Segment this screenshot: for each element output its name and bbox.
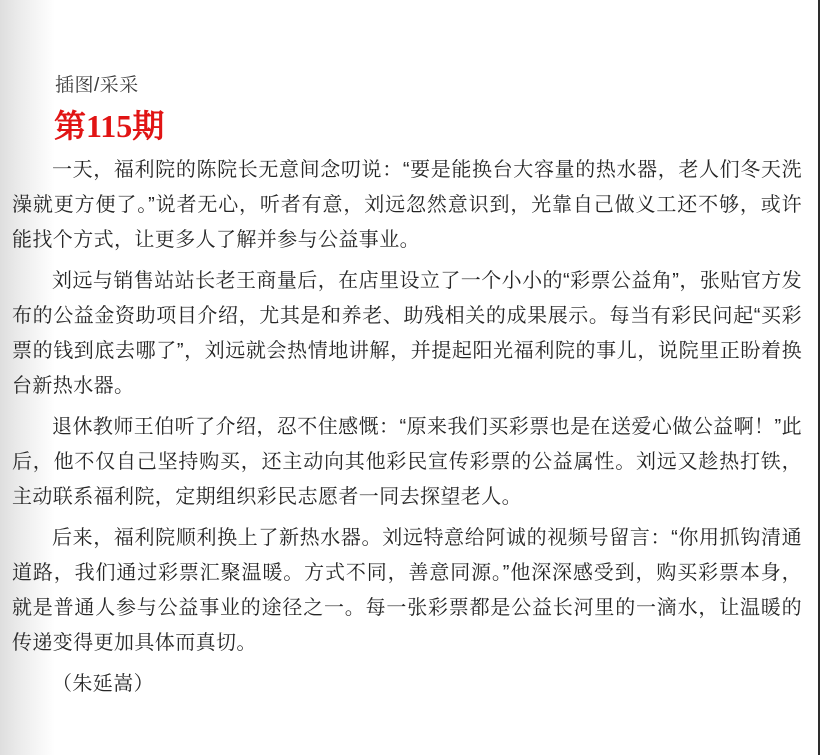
paragraph: 后来，福利院顺利换上了新热水器。刘远特意给阿诚的视频号留言：“你用抓钩清通道路，… [12,521,802,661]
paragraph: 一天，福利院的陈院长无意间念叨说：“要是能换台大容量的热水器，老人们冬天洗澡就更… [12,153,802,258]
paragraph: 退休教师王伯听了介绍，忍不住感慨：“原来我们买彩票也是在送爱心做公益啊！”此后，… [12,410,802,515]
paragraph: 刘远与销售站站长老王商量后，在店里设立了一个小小的“彩票公益角”，张贴官方发布的… [12,264,802,404]
article-content: 插图/采采 第115期 一天，福利院的陈院长无意间念叨说：“要是能换台大容量的热… [12,0,802,708]
article-body: 一天，福利院的陈院长无意间念叨说：“要是能换台大容量的热水器，老人们冬天洗澡就更… [12,153,802,702]
issue-heading: 第115期 [54,109,802,143]
right-edge-rule [818,0,820,755]
illustration-credit: 插图/采采 [55,75,802,96]
author-byline: （朱延嵩） [12,667,802,702]
article-page: 插图/采采 第115期 一天，福利院的陈院长无意间念叨说：“要是能换台大容量的热… [0,0,821,755]
